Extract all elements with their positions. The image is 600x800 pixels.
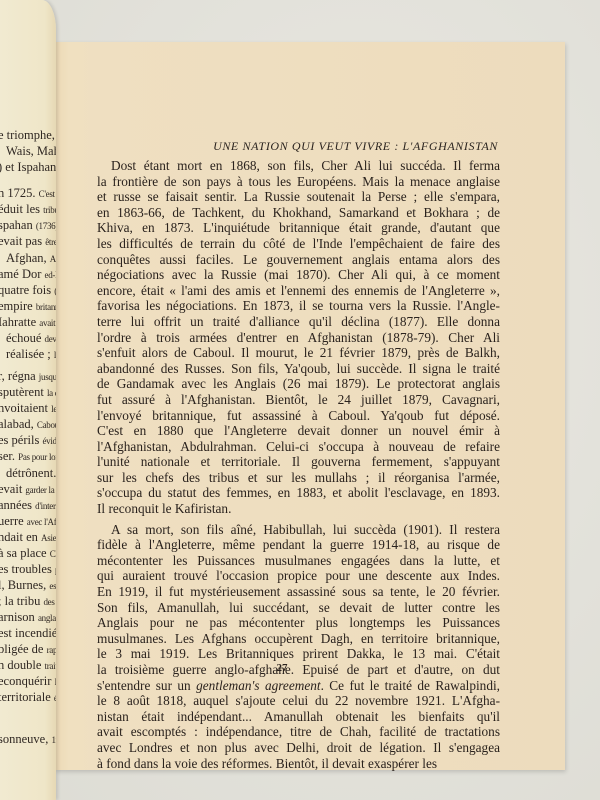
text-line: Khiva, en 1873. L'inquiétude britannique… [97,220,500,236]
left-page-text-line: Afghan, Ahme [6,252,56,265]
text-line: favorisa les négociations. En 1873, il s… [97,298,500,314]
left-page-text-line: uerre avec l'Af [0,515,56,528]
left-page-text-line: ser. Pas pour long [0,450,56,463]
text-line: l'unité nationale et territoriale. Il go… [97,454,500,470]
text-line: Anglais pour ne pas mécontenter plus lon… [97,615,500,631]
text-line: l'envoyé britannique, fut assassiné à Ca… [97,408,500,424]
text-line: conquêtes aussi faciles. Le gouvernement… [97,252,500,268]
paragraph: Dost étant mort en 1868, son fils, Cher … [97,158,500,517]
text-line: encore, était « l'ami des amis et l'enne… [97,283,500,299]
paragraph: A sa mort, son fils aîné, Habibullah, lu… [97,522,500,772]
left-page-text-line: éduit les tribus d [0,203,56,216]
text-line: musulmanes. Les Afghans occupèrent Dagh,… [97,631,500,647]
text-line: avec Londres et non plus avec Delhi, dro… [97,740,500,756]
left-page-text-line: econquérir le Dos [0,675,56,688]
text-line: la frontière de son pays à tous les Euro… [97,174,500,190]
left-page-text-line: alabad, Caboul [0,418,56,431]
book-page-left-fragment: e triomphe, ce pWais, Mahmoud ) et Ispah… [0,0,56,800]
text-line: terre lui offrit un traité d'alliance qu… [97,314,500,330]
left-page-text-line: empire britann [0,300,56,313]
text-line: avait escomptés : indépendance, titre de… [97,724,500,740]
left-page-text-line: années d'interr [0,499,56,512]
text-line: A sa mort, son fils aîné, Habibullah, lu… [97,522,500,538]
left-page-text-line: quatre fois (17 [0,284,56,297]
text-line: s'enfuit alors de Caboul. Il mourut, le … [97,345,500,361]
text-line: fidèle à l'Angleterre, même pendant la g… [97,537,500,553]
left-page-text-line: réalisée ; l'Afgh [6,348,56,361]
page-body-text: Dost étant mort en 1868, son fils, Cher … [97,158,500,771]
left-page-text-line: territoriale était [0,691,56,704]
text-line: les difficultés de terrain du côté de l'… [97,236,500,252]
text-line: à fond dans la voie des réformes. Bientô… [97,756,500,772]
left-page-text-line: n double traité d [0,659,56,672]
left-page-text-line: r, régna jusqu'e [0,370,56,383]
left-page-text-line: spahan (1736). L [0,219,56,232]
left-page-text-line: evait pas être po [0,235,56,248]
text-line: qui auraient trouvé l'occasion propice p… [97,568,500,584]
left-page-text-line: ndait en Asie ce [0,531,56,544]
page-number: 27 [272,662,292,674]
left-page-text-line: Wais, Mahmoud [6,145,56,158]
text-line: mécontenter les Puissances musulmanes en… [97,553,500,569]
text-line: s'occupa du statut des femmes, en 1883, … [97,485,500,501]
left-page-text-line: es troubles persi [0,563,56,576]
left-page-text-line: sonneuve, 1950, p [0,733,56,746]
text-line: fut assuré à l'Afghanistan. Bientôt, le … [97,392,500,408]
text-line: de Gandamak avec les Anglais (26 mai 187… [97,376,500,392]
text-line: Il reconquit le Kafiristan. [97,501,500,517]
left-page-text-line: n 1725. C'est al [0,187,56,200]
text-line: en 1863-66, de Tachkent, du Khokhand, Sa… [97,205,500,221]
left-page-text-line: e triomphe, ce p [0,129,56,142]
text-line: la troisième guerre anglo-afghane. Epuis… [97,662,500,678]
running-head: UNE NATION QUI VEUT VIVRE : L'AFGHANISTA… [150,139,498,154]
left-page-text-line: sputèrent la co [0,386,56,399]
text-line: sur les chefs des tribus et sur les mull… [97,470,500,486]
text-line: l'Afghanistan, Abdulrahman. Celui-ci s'o… [97,439,500,455]
text-line: le 3 mai 1919. Les Britanniques prirent … [97,646,500,662]
left-page-text-line: ) et Ispahan sous [0,161,56,174]
italic-phrase: gentleman's agreement [196,678,320,693]
left-page-text-line: nvoitaient les pr [0,402,56,415]
text-line: Son fils, Amanullah, lui succédant, se d… [97,600,500,616]
text-line: l'ordre à trois armées d'entrer en Afgha… [97,330,500,346]
left-page-text-line: arnison anglaise [0,611,56,624]
text-line: nistan était indépendant... Amanullah ob… [97,709,500,725]
text-line: C'est en 1880 que l'Angleterre devait do… [97,423,500,439]
text-line: le 8 août 1818, auquel s'ajoute celui du… [97,693,500,709]
left-page-text-line: amé Dor ed-Dur [0,268,56,281]
left-page-text-line: échoué devant [6,332,56,345]
left-page-text-line: bligée de rappel [0,643,56,656]
left-page-text-line: à sa place Cha [0,547,56,560]
left-page-text-line: l, Burnes, est as [0,579,56,592]
text-line: En 1919, il fut mystérieusement assassin… [97,584,500,600]
left-page-text-line: Iahratte avait so [0,316,56,329]
text-line: Dost étant mort en 1868, son fils, Cher … [97,158,500,174]
left-page-text-line: est incendié. Ma [0,627,56,640]
text-line: et russe se faisait sentir. La Russie so… [97,189,500,205]
left-page-text-line: es périls évidem [0,434,56,447]
text-line: s'entendre sur un gentleman's agreement.… [97,678,500,694]
text-line: abandonné des Russes. Son fils, Ya'qoub,… [97,361,500,377]
left-page-text-line: ; la tribu des G [0,595,56,608]
left-page-text-line: evait garder la co [0,483,56,496]
text-line: négociations avec la Russie (mai 1870). … [97,267,500,283]
left-page-text-line: détrônent. Ce [6,467,56,480]
